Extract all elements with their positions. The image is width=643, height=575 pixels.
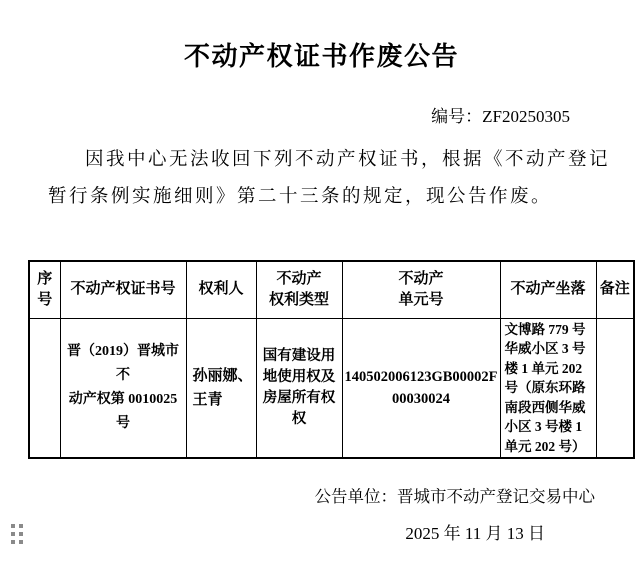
cell-right-type: 国有建设用 地使用权及 房屋所有权 权 [256,318,342,458]
table-header-row: 序 号 不动产权证书号 权利人 不动产 权利类型 不动产 单元号 不动产坐落 备… [29,261,634,318]
cell-unit-no: 140502006123GB00002F 00030024 [342,318,500,458]
col-header-location: 不动产坐落 [500,261,596,318]
col-header-remark: 备注 [596,261,634,318]
col-header-cert-no: 不动产权证书号 [60,261,186,318]
cell-holder: 孙丽娜、 王青 [186,318,256,458]
col-header-unit-no: 不动产 单元号 [342,261,500,318]
document-page: 不动产权证书作废公告 编号：ZF20250305 因我中心无法收回下列不动产权证… [0,0,643,575]
cell-cert-no: 晋（2019）晋城市不 动产权第 0010025 号 [60,318,186,458]
col-header-holder: 权利人 [186,261,256,318]
table-row: 晋（2019）晋城市不 动产权第 0010025 号 孙丽娜、 王青 国有建设用… [29,318,634,458]
page-title: 不动产权证书作废公告 [0,0,643,74]
announcement-unit: 公告单位：晋城市不动产登记交易中心 [0,486,643,508]
table-drag-handle-icon[interactable] [11,524,23,544]
col-header-right-type: 不动产 权利类型 [256,261,342,318]
col-header-seq: 序 号 [29,261,60,318]
cell-seq [29,318,60,458]
certificate-cancellation-table: 序 号 不动产权证书号 权利人 不动产 权利类型 不动产 单元号 不动产坐落 备… [28,260,635,459]
cell-location: 文博路 779 号 华威小区 3 号 楼 1 单元 202 号（原东环路 南段西… [500,318,596,458]
announcement-date: 2025 年 11 月 13 日 [0,523,643,545]
body-paragraph: 因我中心无法收回下列不动产权证书，根据《不动产登记 暂行条例实施细则》第二十三条… [48,142,618,216]
cell-remark [596,318,634,458]
doc-number: 编号：ZF20250305 [0,106,643,128]
